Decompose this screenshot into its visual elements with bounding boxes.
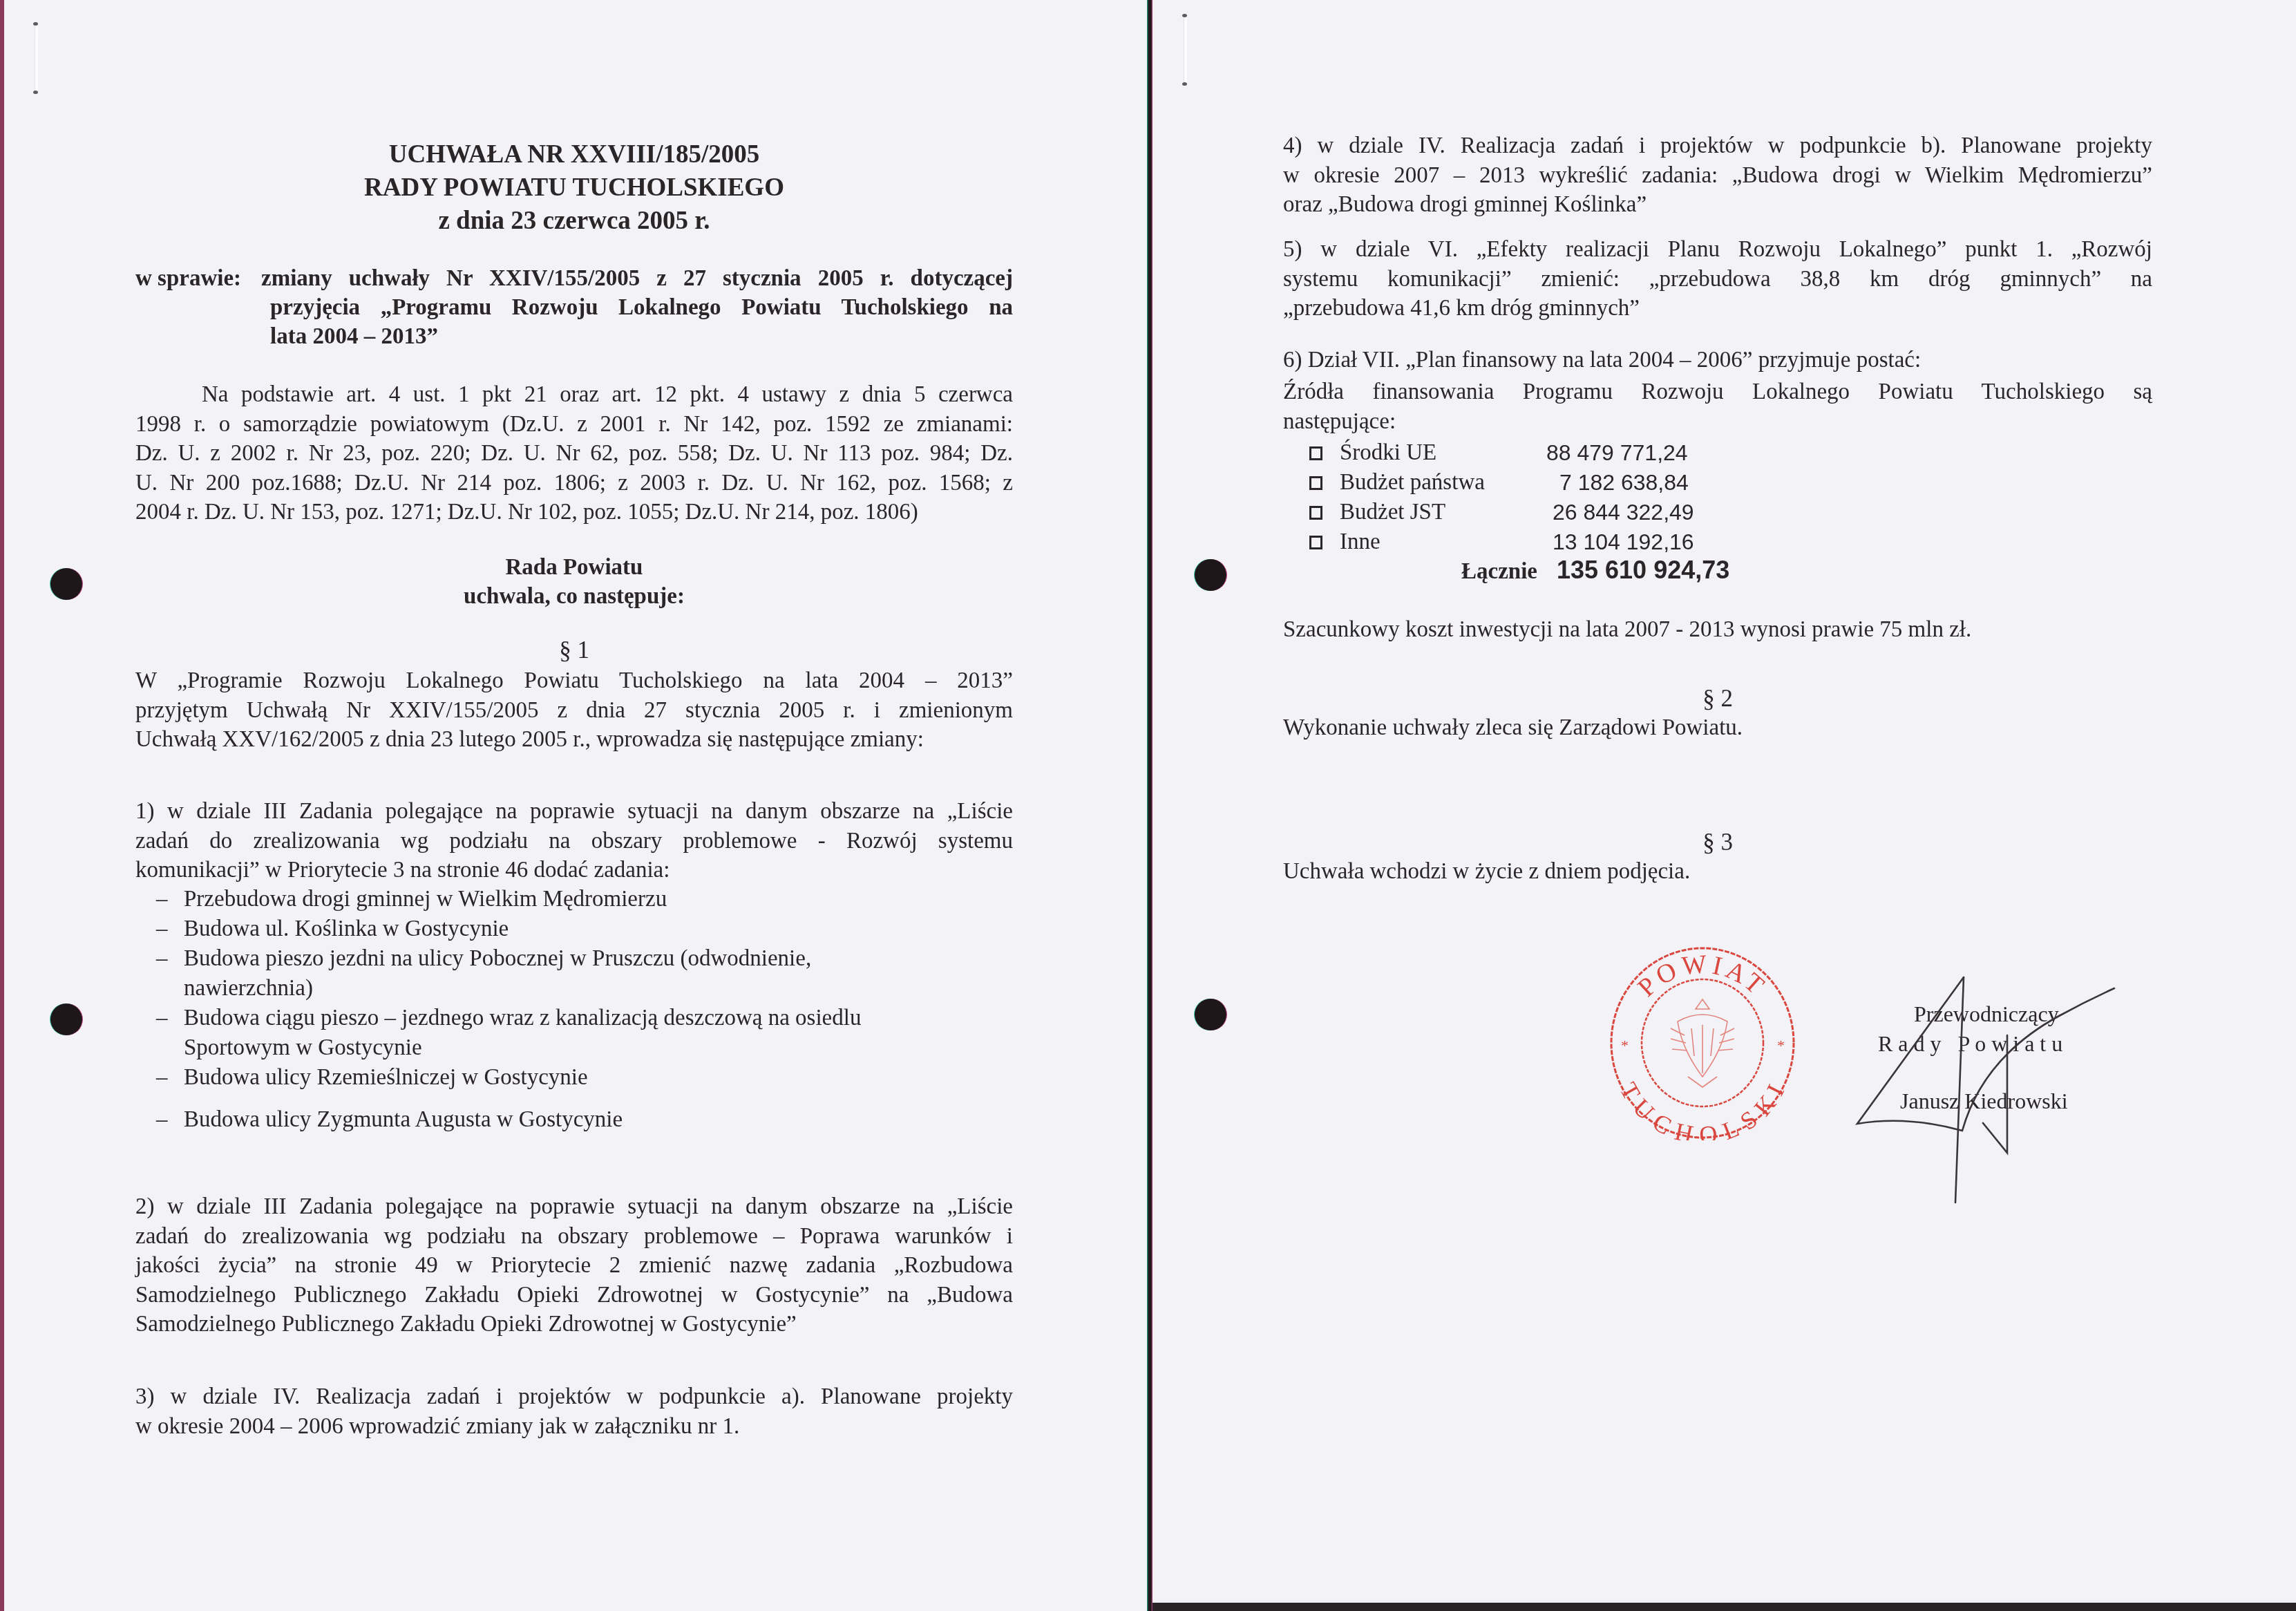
funding-intro-line: Źródła finansowania Programu Rozwoju Lok…	[1283, 377, 2152, 407]
section-3-text: Uchwała wchodzi w życie z dniem podjęcia…	[1283, 857, 1690, 886]
task-item: Budowa pieszo jezdni na ulicy Pobocznej …	[135, 944, 895, 1004]
legal-basis-line: Na podstawie art. 4 ust. 1 pkt 21 oraz a…	[135, 380, 1013, 410]
subject-line: zmiany uchwały Nr XXIV/155/2005 z 27 sty…	[261, 264, 1013, 293]
item-4-line: w okresie 2007 – 2013 wykreślić zadania:…	[1283, 161, 2152, 191]
item-1-line: komunikacji” w Priorytecie 3 na stronie …	[135, 856, 1013, 885]
issuing-body: RADY POWIATU TUCHOLSKIEGO	[135, 171, 1013, 205]
item-3-line: w okresie 2004 – 2006 wprowadzić zmiany …	[135, 1412, 1013, 1442]
item-1-task-list: Przebudowa drogi gminnej w Wielkim Mędro…	[135, 885, 951, 1135]
item-2-line: 2) w dziale III Zadania polegające na po…	[135, 1192, 1013, 1222]
funding-row: Środki UE 88 479 771,24	[1309, 438, 1334, 467]
svg-text:*: *	[1777, 1037, 1785, 1054]
item-1: 1) w dziale III Zadania polegające na po…	[135, 797, 1013, 885]
task-item: Budowa ciągu pieszo – jezdnego wraz z ka…	[135, 1004, 944, 1063]
resolution-date: z dnia 23 czerwca 2005 r.	[135, 205, 1013, 238]
eagle-emblem-icon	[1671, 999, 1734, 1087]
task-item: Przebudowa drogi gminnej w Wielkim Mędro…	[135, 885, 951, 914]
item-6-heading: 6) Dział VII. „Plan finansowy na lata 20…	[1283, 346, 1921, 375]
section-2-heading: § 2	[1283, 684, 2152, 713]
svg-text:POWIAT: POWIAT	[1632, 950, 1772, 1003]
item-2-line: Samodzielnego Publicznego Zakładu Opieki…	[135, 1310, 1013, 1339]
section-2-text: Wykonanie uchwały zleca się Zarządowi Po…	[1283, 713, 1743, 742]
checkbox-icon	[1309, 536, 1322, 549]
funding-label: Budżet państwa	[1340, 468, 1485, 497]
section-1-intro: W „Programie Rozwoju Lokalnego Powiatu T…	[135, 666, 1013, 755]
item-2-line: jakości życia” na stronie 49 w Priorytec…	[135, 1251, 1013, 1281]
item-3-line: 3) w dziale IV. Realizacja zadań i proje…	[135, 1382, 1013, 1412]
svg-text:*: *	[1621, 1037, 1629, 1054]
funding-amount: 13 104 192,16	[1553, 527, 1694, 556]
handwritten-signature	[1852, 968, 2128, 1216]
item-3: 3) w dziale IV. Realizacja zadań i proje…	[135, 1382, 1013, 1441]
item-5: 5) w dziale VI. „Efekty realizacji Planu…	[1283, 235, 2152, 323]
subject-line: lata 2004 – 2013”	[270, 322, 438, 351]
funding-amount: 88 479 771,24	[1546, 438, 1688, 467]
subject-prefix: w sprawie:	[135, 264, 241, 293]
item-5-line: „przebudowa 41,6 km dróg gminnych”	[1283, 294, 2152, 323]
funding-intro-line: następujące:	[1283, 407, 2152, 437]
punch-hole	[1195, 999, 1226, 1030]
legal-basis-line: 1998 r. o samorządzie powiatowym (Dz.U. …	[135, 410, 1013, 440]
document-page-right: 4) w dziale IV. Realizacja zadań i proje…	[1152, 0, 2296, 1611]
item-2: 2) w dziale III Zadania polegające na po…	[135, 1192, 1013, 1339]
punch-hole	[50, 1004, 82, 1035]
item-1-line: zadań do zrealizowania wg podziału na ob…	[135, 827, 1013, 856]
staple-mark	[1184, 15, 1187, 84]
funding-intro: Źródła finansowania Programu Rozwoju Lok…	[1283, 377, 2152, 436]
task-item: Budowa ul. Koślinka w Gostycynie	[135, 914, 951, 944]
item-5-line: 5) w dziale VI. „Efekty realizacji Planu…	[1283, 235, 2152, 265]
resolution-number: UCHWAŁA NR XXVIII/185/2005	[135, 138, 1013, 171]
checkbox-icon	[1309, 506, 1322, 520]
scan-edge	[1152, 1603, 2296, 1611]
funding-amount: 26 844 322,49	[1553, 498, 1694, 527]
section-1-heading: § 1	[135, 636, 1013, 665]
item-4-line: 4) w dziale IV. Realizacja zadań i proje…	[1283, 131, 2152, 161]
item-4: 4) w dziale IV. Realizacja zadań i proje…	[1283, 131, 2152, 220]
item-2-line: zadań do zrealizowania wg podziału na ob…	[135, 1222, 1013, 1252]
item-5-line: systemu komunikacji” zmienić: „przebudow…	[1283, 265, 2152, 294]
legal-basis-line: 2004 r. Dz. U. Nr 153, poz. 1271; Dz.U. …	[135, 498, 1013, 527]
funding-total-amount: 135 610 924,73	[1557, 556, 1729, 585]
punch-hole	[50, 568, 82, 600]
legal-basis: Na podstawie art. 4 ust. 1 pkt 21 oraz a…	[135, 380, 1013, 527]
section-3-heading: § 3	[1283, 828, 2152, 857]
task-item: Budowa ulicy Zygmunta Augusta w Gostycyn…	[135, 1105, 951, 1135]
page-divider	[1147, 0, 1152, 1611]
funding-label: Środki UE	[1340, 438, 1436, 467]
checkbox-icon	[1309, 446, 1322, 460]
item-4-line: oraz „Budowa drogi gminnej Koślinka”	[1283, 190, 2152, 220]
punch-hole	[1195, 559, 1226, 591]
task-item: Budowa ulicy Rzemieślniczej w Gostycynie	[135, 1063, 951, 1093]
document-page-left: UCHWAŁA NR XXVIII/185/2005 RADY POWIATU …	[0, 0, 1150, 1611]
funding-row: Budżet państwa 7 182 638,84	[1309, 468, 1334, 497]
resolution-title: UCHWAŁA NR XXVIII/185/2005 RADY POWIATU …	[135, 138, 1013, 238]
intro-line: W „Programie Rozwoju Lokalnego Powiatu T…	[135, 666, 1013, 696]
legal-basis-line: Dz. U. z 2002 r. Nr 23, poz. 220; Dz. U.…	[135, 439, 1013, 469]
funding-label: Budżet JST	[1340, 498, 1445, 527]
subject-line: przyjęcia „Programu Rozwoju Lokalnego Po…	[270, 293, 1013, 322]
funding-row: Inne 13 104 192,16	[1309, 527, 1334, 556]
funding-label: Inne	[1340, 527, 1381, 556]
intro-line: Uchwałą XXV/162/2005 z dnia 23 lutego 20…	[135, 725, 1013, 755]
item-2-line: Samodzielnego Publicznego Zakładu Opieki…	[135, 1281, 1013, 1310]
council-heading: Rada Powiatu	[135, 553, 1013, 582]
legal-basis-line: U. Nr 200 poz.1688; Dz.U. Nr 214 poz. 18…	[135, 469, 1013, 498]
item-1-line: 1) w dziale III Zadania polegające na po…	[135, 797, 1013, 827]
official-stamp: POWIAT TUCHOLSKI * *	[1609, 945, 1796, 1140]
checkbox-icon	[1309, 476, 1322, 490]
funding-total-label: Łącznie	[1461, 557, 1537, 586]
staple-mark	[35, 23, 38, 93]
investment-estimate: Szacunkowy koszt inwestycji na lata 2007…	[1283, 615, 1971, 644]
funding-row: Budżet JST 26 844 322,49	[1309, 498, 1334, 527]
resolves-heading: uchwala, co następuje:	[135, 582, 1013, 611]
funding-amount: 7 182 638,84	[1559, 468, 1689, 497]
intro-line: przyjętym Uchwałą Nr XXIV/155/2005 z dni…	[135, 696, 1013, 726]
